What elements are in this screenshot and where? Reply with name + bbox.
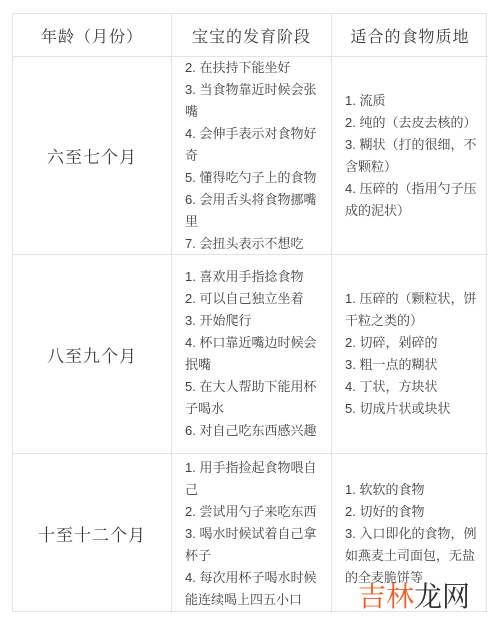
development-items: 1. 会抬头 2. 在扶持下能坐好 3. 当食物靠近时候会张嘴 4. 会伸手表示… bbox=[185, 56, 323, 254]
age-cell-8-9-months: 八至九个月 bbox=[13, 254, 171, 453]
header-cell-development: 宝宝的发育阶段 bbox=[171, 14, 331, 56]
header-cell-age: 年龄（月份） bbox=[13, 14, 171, 56]
food-items: 1. 软软的食物 2. 切好的食物 3. 入口即化的食物，例如燕麦土司面包，无盐… bbox=[345, 479, 480, 589]
food-items: 1. 压碎的（颗粒状，饼干粒之类的） 2. 切碎，剁碎的 3. 粗一点的糊状 4… bbox=[345, 288, 480, 420]
watermark-jilin: 吉林 bbox=[358, 581, 414, 612]
header-cell-food: 适合的食物质地 bbox=[331, 14, 488, 56]
development-list-6-7-months: 1. 会抬头 2. 在扶持下能坐好 3. 当食物靠近时候会张嘴 4. 会伸手表示… bbox=[171, 56, 331, 254]
food-list-6-7-months: 1. 流质 2. 纯的（去皮去核的） 3. 糊状（打的很细，不含颗粒） 4. 压… bbox=[331, 56, 488, 254]
feeding-stage-table: 年龄（月份） 宝宝的发育阶段 适合的食物质地 六至七个月 1. 会抬头 2. 在… bbox=[12, 13, 487, 612]
development-items: 1. 用手指捡起食物喂自己 2. 尝试用勺子来吃东西 3. 喝水时候试着自己拿杯… bbox=[185, 457, 323, 611]
food-list-8-9-months: 1. 压碎的（颗粒状，饼干粒之类的） 2. 切碎，剁碎的 3. 粗一点的糊状 4… bbox=[331, 254, 488, 453]
watermark: 吉林龙网 bbox=[358, 575, 470, 615]
development-list-8-9-months: 1. 喜欢用手指捻食物 2. 可以自己独立坐着 3. 开始爬行 4. 杯口靠近嘴… bbox=[171, 254, 331, 453]
development-list-10-12-months: 1. 用手指捡起食物喂自己 2. 尝试用勺子来吃东西 3. 喝水时候试着自己拿杯… bbox=[171, 453, 331, 613]
page: 年龄（月份） 宝宝的发育阶段 适合的食物质地 六至七个月 1. 会抬头 2. 在… bbox=[0, 0, 500, 625]
age-cell-10-12-months: 十至十二个月 bbox=[13, 453, 171, 613]
development-items: 1. 喜欢用手指捻食物 2. 可以自己独立坐着 3. 开始爬行 4. 杯口靠近嘴… bbox=[185, 266, 323, 442]
watermark-longwang: 龙网 bbox=[414, 581, 470, 612]
age-cell-6-7-months: 六至七个月 bbox=[13, 56, 171, 254]
food-items: 1. 流质 2. 纯的（去皮去核的） 3. 糊状（打的很细，不含颗粒） 4. 压… bbox=[345, 90, 480, 222]
